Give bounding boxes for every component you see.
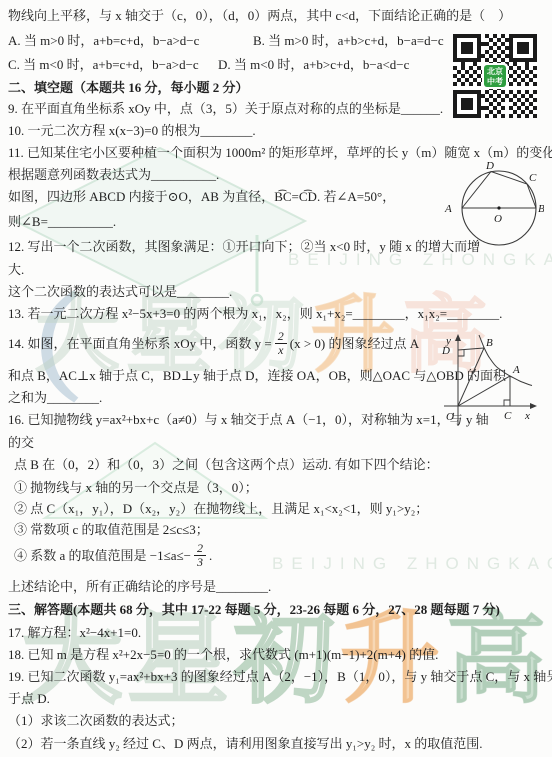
svg-text:x: x bbox=[524, 410, 530, 422]
svg-text:D: D bbox=[485, 160, 494, 172]
fraction-2-over-3: 2 3 bbox=[194, 542, 206, 568]
question-16-item-3: ③ 常数项 c 的取值范围是 2≤c≤3； bbox=[14, 522, 209, 537]
fraction-numerator: 2 bbox=[194, 542, 206, 556]
question-19-part-2: （2）若一条直线 y₂ 经过 C、D 两点，请利用图象直接写出 y₁>y₂ 时，… bbox=[8, 736, 483, 751]
fraction-2-over-x: 2 x bbox=[275, 330, 287, 356]
fraction-denominator: x bbox=[275, 344, 287, 357]
circle-question-line-2: 则∠B=__________. bbox=[8, 214, 116, 229]
question-16-line-1: 16. 已知抛物线 y=ax²+bx+c（a≠0）与 x 轴交于点 A（−1，0… bbox=[8, 412, 489, 427]
question-13: 13. 若一元二次方程 x²−5x+3=0 的两个根为 x₁，x₂，则 x₁+x… bbox=[8, 306, 502, 321]
svg-text:A: A bbox=[512, 364, 520, 376]
question-16-line-3: 点 B 在（0，2）和（0，3）之间（包含这两个点）运动. 有如下四个结论： bbox=[14, 457, 439, 472]
question-10: 10. 一元二次方程 x(x−3)=0 的根为________. bbox=[8, 123, 256, 138]
question-12-line-1: 12. 写出一个二次函数，其图象满足：①开口向下；②当 x<0 时，y 随 x … bbox=[8, 239, 480, 254]
question-14-line-1: 14. 如图，在平面直角坐标系 xOy 中，函数 y = 2 x (x > 0)… bbox=[8, 328, 419, 358]
watermark-beijing-zhongkao-2: BEIJING ZHONGKAO bbox=[272, 554, 552, 574]
question-16-item-4-pre: ④ 系数 a 的取值范围是 −1≤a≤− bbox=[14, 548, 191, 563]
question-18: 18. 已知 m 是方程 x²+2x−5=0 的一个根，求代数式 (m+1)(m… bbox=[8, 647, 438, 662]
qr-center-logo: 北京 中考 bbox=[482, 63, 508, 89]
qr-code: 北京 中考 bbox=[453, 34, 537, 123]
fraction-numerator: 2 bbox=[275, 330, 287, 344]
brand-char: 高 bbox=[446, 578, 552, 722]
question-14-line-2: 和点 B，AC⊥x 轴于点 C，BD⊥y 轴于点 D，连接 OA，OB，则△OA… bbox=[8, 368, 506, 383]
svg-text:C: C bbox=[504, 410, 512, 422]
svg-text:C: C bbox=[529, 172, 537, 184]
question-16-line-2: 的交 bbox=[8, 435, 34, 450]
question-19-part-1: （1）求该二次函数的表达式； bbox=[8, 713, 184, 728]
circle-figure: A B C D O bbox=[444, 158, 544, 255]
svg-text:A: A bbox=[444, 203, 452, 215]
section-3-header: 三、解答题(本题共 68 分，其中 17-22 每题 5 分，23-26 每题 … bbox=[8, 602, 500, 617]
exam-page: { "doc": { "stem": "物线向上平移，与 x 轴交于（c，0），… bbox=[0, 0, 552, 757]
svg-text:O: O bbox=[446, 411, 454, 423]
choice-c: C. 当 m<0 时，a+b=c+d，b−a>d−c bbox=[8, 57, 199, 72]
question-16-item-1: ① 抛物线与 x 轴的另一个交点是（3，0）； bbox=[14, 480, 258, 495]
svg-text:D: D bbox=[441, 345, 450, 357]
question-14-post: (x > 0) 的图象经过点 A bbox=[290, 336, 419, 351]
question-12-line-2: 大. bbox=[8, 262, 24, 277]
choice-a: A. 当 m>0 时，a+b=c+d，b−a>d−c bbox=[8, 33, 199, 48]
question-16-item-4-post: . bbox=[209, 548, 212, 563]
question-12-line-3: 这个二次函数的表达式可以是________. bbox=[8, 284, 232, 299]
circle-question-line-1: 如图，四边形 ABCD 内接于⊙O，AB 为直径，B͡C=C͡D. 若∠A=50… bbox=[8, 189, 395, 204]
svg-text:中考: 中考 bbox=[487, 76, 503, 86]
question-16-item-4: ④ 系数 a 的取值范围是 −1≤a≤− 2 3 . bbox=[14, 540, 212, 570]
svg-text:O: O bbox=[494, 213, 502, 225]
choice-b: B. 当 m>0 时，a+b>c+d，b−a=d−c bbox=[253, 33, 444, 48]
question-19-line-2: 于点 D. bbox=[8, 691, 50, 706]
question-8-stem: 物线向上平移，与 x 轴交于（c，0），（d，0）两点，其中 c<d，下面结论正… bbox=[8, 8, 511, 23]
question-19-line-1: 19. 已知二次函数 y₁=ax²+bx+3 的图象经过点 A（2，−1），B（… bbox=[8, 669, 552, 684]
question-14-line-3: 之和为________. bbox=[8, 390, 102, 405]
svg-text:B: B bbox=[486, 337, 493, 349]
svg-text:北京: 北京 bbox=[487, 66, 503, 76]
question-16-summary: 上述结论中，所有正确结论的序号是________. bbox=[8, 579, 271, 594]
section-2-header: 二、填空题（本题共 16 分，每小题 2 分） bbox=[8, 80, 249, 95]
question-14-pre: 14. 如图，在平面直角坐标系 xOy 中，函数 y = bbox=[8, 336, 272, 351]
choice-d: D. 当 m<0 时，a+b>c+d，b−a<d−c bbox=[218, 57, 409, 72]
hyperbola-figure: y D B A O C x bbox=[438, 332, 538, 437]
choices-row-1: A. 当 m>0 时，a+b=c+d，b−a>d−c B. 当 m>0 时，a+… bbox=[8, 33, 199, 48]
question-11-line-2: 根据题意列函数表达式为__________. bbox=[8, 167, 219, 182]
svg-text:B: B bbox=[538, 203, 544, 215]
question-17: 17. 解方程：x²−4x+1=0. bbox=[8, 625, 141, 640]
question-16-item-2: ② 点 C（x₁，y₁），D（x₂，y₂）在抛物线上，且满足 x₁<x₂<1，则… bbox=[14, 501, 428, 516]
fraction-denominator: 3 bbox=[194, 556, 206, 569]
choices-row-2: C. 当 m<0 时，a+b=c+d，b−a>d−c D. 当 m<0 时，a+… bbox=[8, 57, 199, 72]
question-9: 9. 在平面直角坐标系 xOy 中，点（3，5）关于原点对称的点的坐标是____… bbox=[8, 101, 443, 116]
